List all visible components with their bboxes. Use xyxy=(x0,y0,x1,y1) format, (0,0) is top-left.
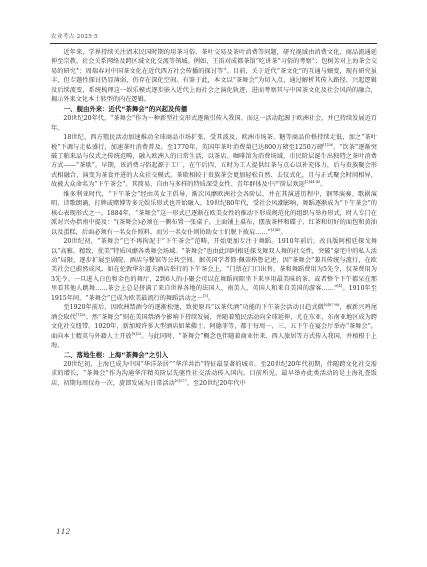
paragraph: 20世纪20年代，“茶舞会”作为一种新型社交形式逐渐引传入我国。而这一活动起源于… xyxy=(51,114,377,133)
page-number: 112 xyxy=(56,527,70,536)
issue-number: 2025·5 xyxy=(77,34,98,40)
paragraph-intro: 近年来，学界持续关注清末民国时期的用茶习俗、茶叶交易及茶叶消费等问题，研究视域由… xyxy=(51,48,377,105)
running-header: 农业考古 2025·5 xyxy=(51,32,98,40)
citation: [8]20 xyxy=(132,332,142,336)
paragraph: 20世纪初，上海已成为中国“华洋杂居”“华洋共治”特征最显著的城市。至20世纪2… xyxy=(51,360,377,388)
paragraph: 维多利亚时代，“下午茶会”经由英女王倡导，渐次风靡欧洲社会各阶层，并在其演进历程… xyxy=(51,190,377,237)
citation: [9]277 xyxy=(175,379,187,383)
header-rule xyxy=(50,43,377,44)
section-heading-1: 一、舰由外来：近代“茶舞会”的兴起及传播 xyxy=(51,105,377,114)
article-body: 近年来，学界持续关注清末民国时期的用茶习俗、茶叶交易及茶叶消费等问题，研究视域由… xyxy=(51,48,377,388)
paragraph: 20世纪初，“茶舞会”已不再拘泥于“下午茶会”范畴，开始更加专注于舞蹈。1910… xyxy=(51,237,377,303)
journal-name: 农业考古 xyxy=(51,34,75,40)
section-heading-2: 二、落地生根：上海“茶舞会”之引入 xyxy=(51,351,377,360)
paragraph: 18世纪，西方殖民活动加速推动全球商品市场扩张，受其波及，欧洲市场茶、糖等商品价… xyxy=(51,133,377,190)
citation: [2]44-45 xyxy=(305,180,320,184)
citation: [6]87-88 xyxy=(324,303,339,307)
paragraph: 至1920年前后，因欧洲禁酒令的逐渐松弛，致使原具“以茶代酒”功能的下午茶会活动… xyxy=(51,303,377,350)
citation: [3]49 xyxy=(271,228,281,232)
citation: [1]26 xyxy=(323,143,333,147)
